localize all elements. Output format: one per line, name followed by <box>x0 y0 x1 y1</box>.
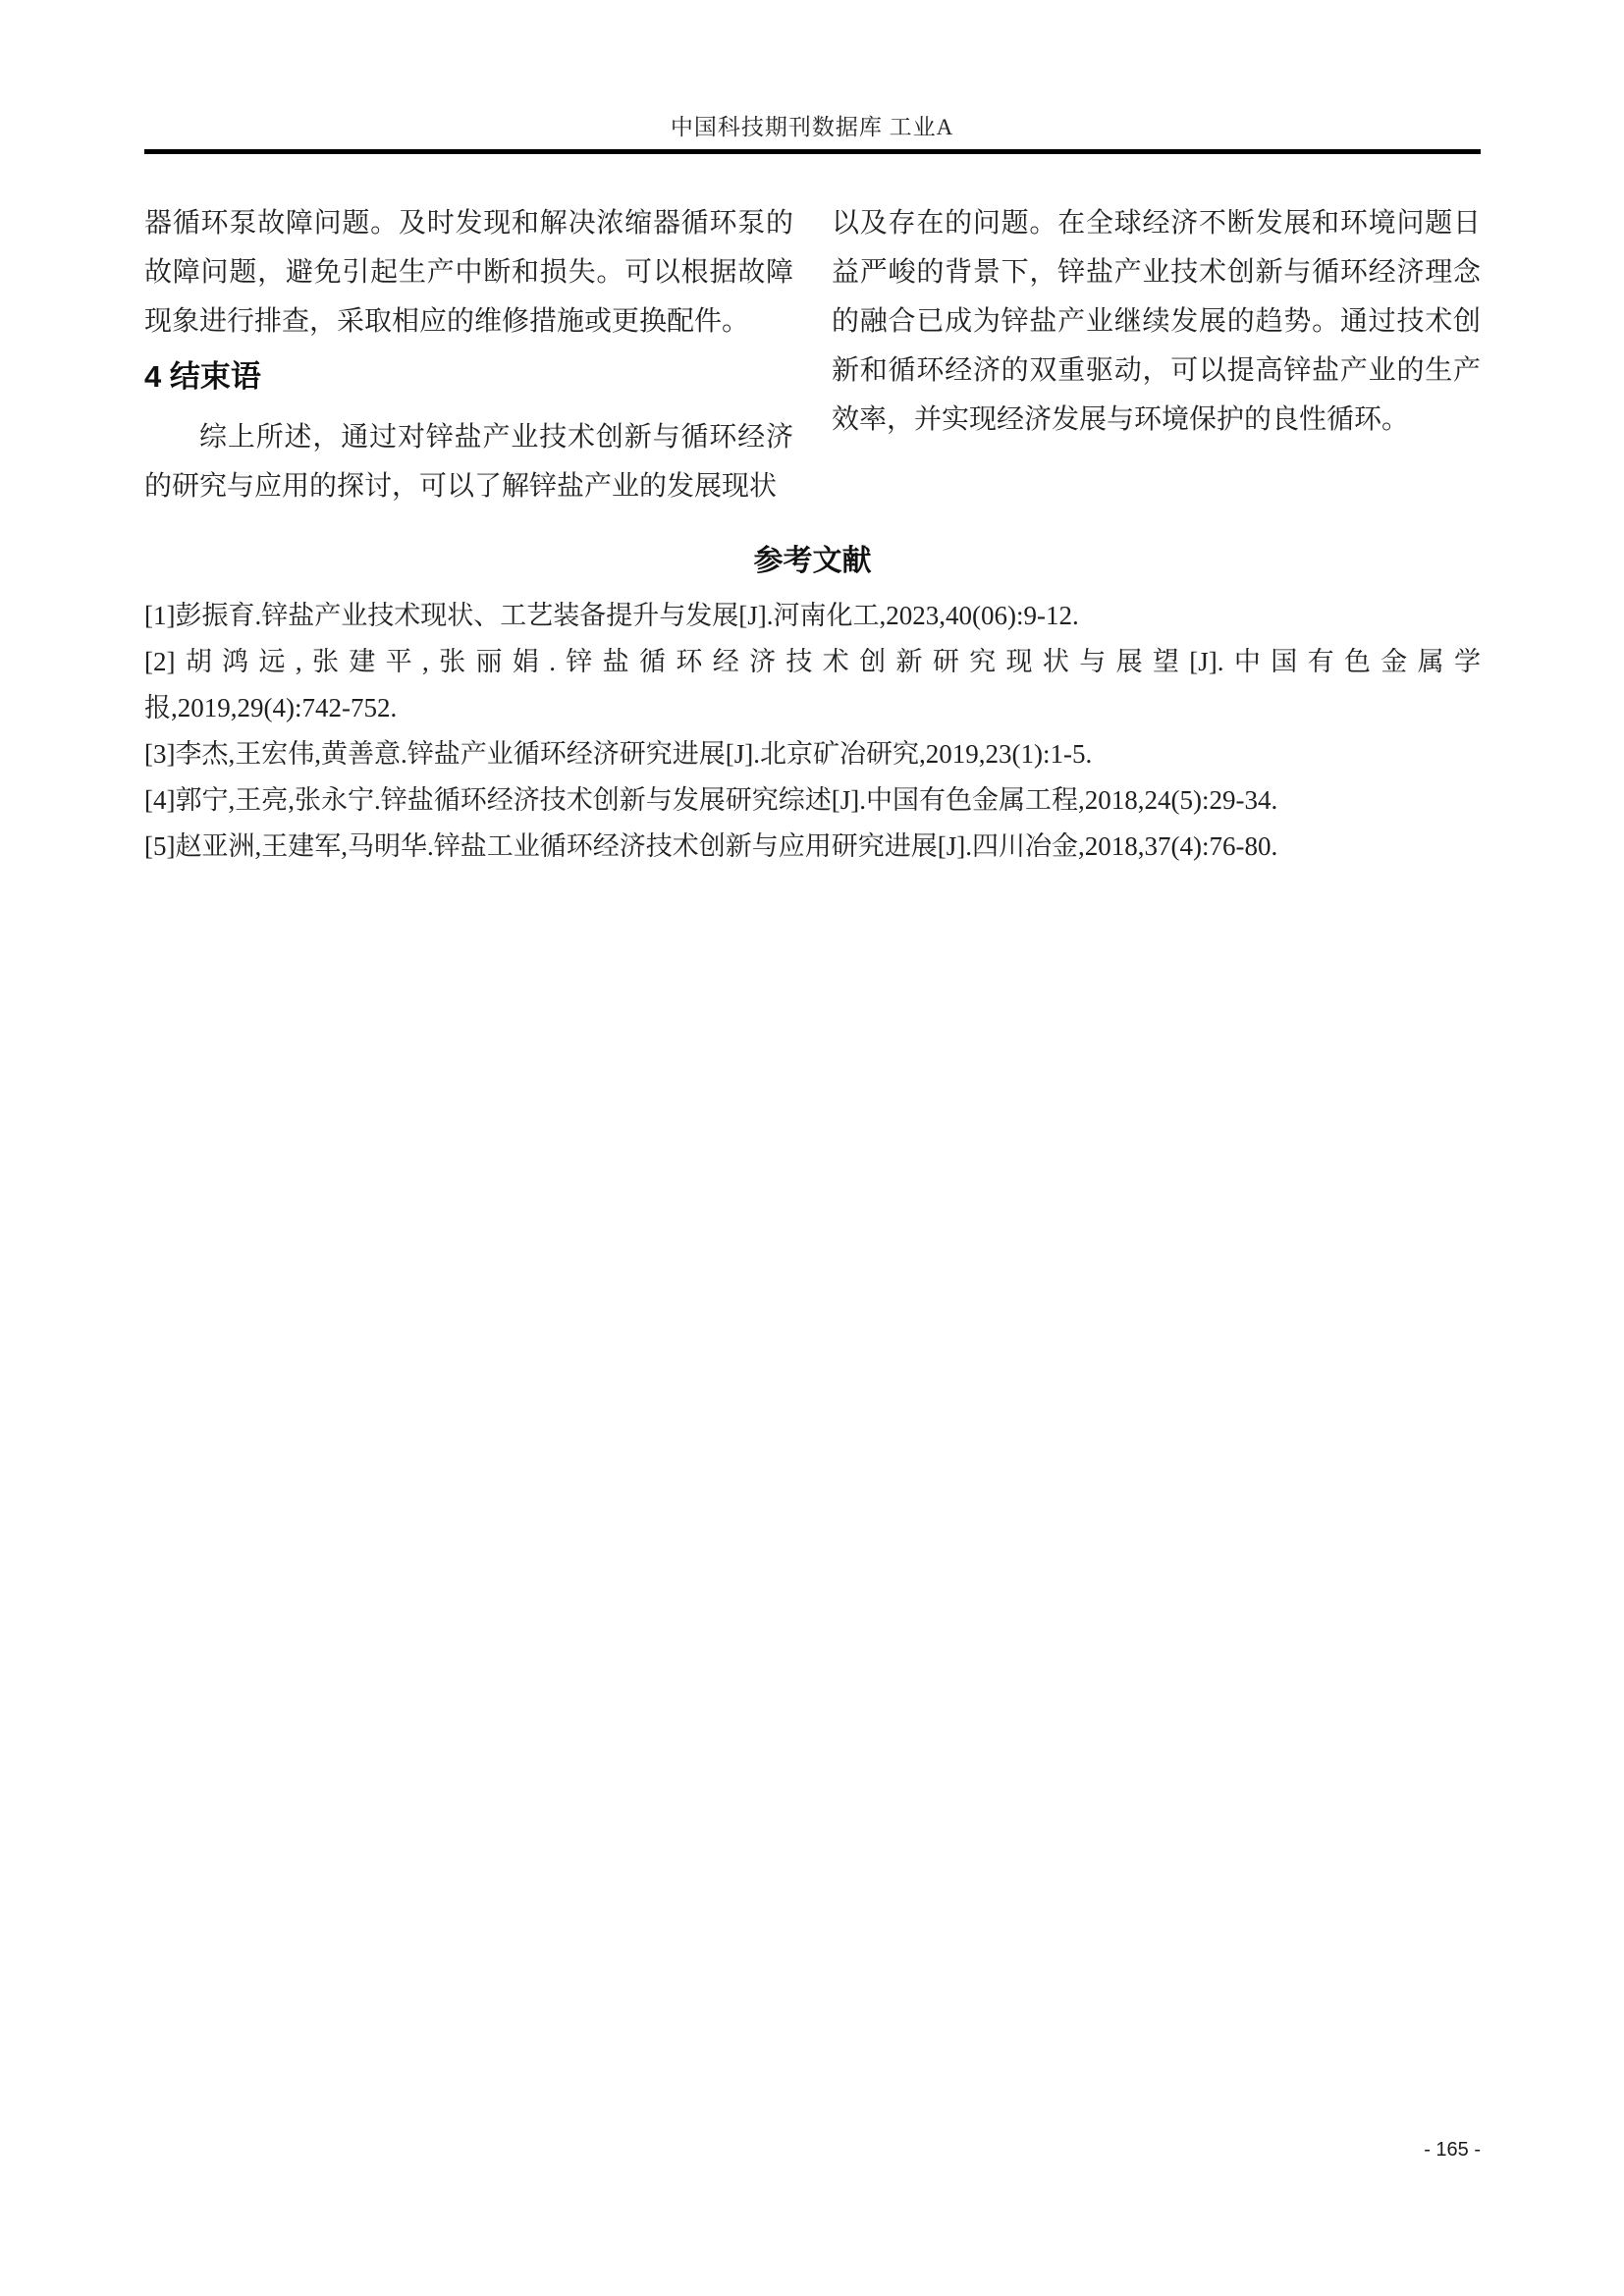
reference-item: [4]郭宁,王亮,张永宁.锌盐循环经济技术创新与发展研究综述[J].中国有色金属… <box>144 777 1481 824</box>
text-line: 器循环泵故障问题。及时发现和解决浓缩器循环泵的 <box>144 199 793 248</box>
paragraph: 器循环泵故障问题。及时发现和解决浓缩器循环泵的故障问题，避免引起生产中断和损失。… <box>144 199 793 347</box>
references-list: [1]彭振育.锌盐产业技术现状、工艺装备提升与发展[J].河南化工,2023,4… <box>144 593 1481 870</box>
reference-item: [2]胡鸿远,张建平,张丽娟.锌盐循环经济技术创新研究现状与展望[J].中国有色… <box>144 639 1481 731</box>
two-column-body: 器循环泵故障问题。及时发现和解决浓缩器循环泵的故障问题，避免引起生产中断和损失。… <box>144 199 1481 511</box>
header-divider-rule <box>144 149 1481 154</box>
reference-item: [5]赵亚洲,王建军,马明华.锌盐工业循环经济技术创新与应用研究进展[J].四川… <box>144 824 1481 870</box>
text-line: 综上所述，通过对锌盐产业技术创新与循环经济 <box>144 413 793 462</box>
text-line: 的融合已成为锌盐产业继续发展的趋势。通过技术创 <box>832 297 1481 347</box>
reference-line: [2]胡鸿远,张建平,张丽娟.锌盐循环经济技术创新研究现状与展望[J].中国有色… <box>144 639 1481 685</box>
paragraph: 综上所述，通过对锌盐产业技术创新与循环经济的研究与应用的探讨，可以了解锌盐产业的… <box>144 413 793 511</box>
references-heading: 参考文献 <box>144 542 1481 581</box>
reference-item: [3]李杰,王宏伟,黄善意.锌盐产业循环经济研究进展[J].北京矿冶研究,201… <box>144 731 1481 777</box>
journal-header: 中国科技期刊数据库 工业A <box>0 111 1624 144</box>
references-section: 参考文献 [1]彭振育.锌盐产业技术现状、工艺装备提升与发展[J].河南化工,2… <box>144 542 1481 870</box>
left-column: 器循环泵故障问题。及时发现和解决浓缩器循环泵的故障问题，避免引起生产中断和损失。… <box>144 199 793 511</box>
paragraph: 以及存在的问题。在全球经济不断发展和环境问题日益严峻的背景下，锌盐产业技术创新与… <box>832 199 1481 445</box>
text-line: 故障问题，避免引起生产中断和损失。可以根据故障 <box>144 248 793 297</box>
reference-line: [1]彭振育.锌盐产业技术现状、工艺装备提升与发展[J].河南化工,2023,4… <box>144 593 1481 639</box>
reference-line: [3]李杰,王宏伟,黄善意.锌盐产业循环经济研究进展[J].北京矿冶研究,201… <box>144 731 1481 777</box>
text-line: 现象进行排查，采取相应的维修措施或更换配件。 <box>144 297 793 347</box>
reference-line: [4]郭宁,王亮,张永宁.锌盐循环经济技术创新与发展研究综述[J].中国有色金属… <box>144 777 1481 824</box>
text-line: 以及存在的问题。在全球经济不断发展和环境问题日 <box>832 199 1481 248</box>
right-column: 以及存在的问题。在全球经济不断发展和环境问题日益严峻的背景下，锌盐产业技术创新与… <box>832 199 1481 511</box>
reference-line: [5]赵亚洲,王建军,马明华.锌盐工业循环经济技术创新与应用研究进展[J].四川… <box>144 824 1481 870</box>
reference-item: [1]彭振育.锌盐产业技术现状、工艺装备提升与发展[J].河南化工,2023,4… <box>144 593 1481 639</box>
reference-line: 报,2019,29(4):742-752. <box>144 685 1481 731</box>
section-heading-conclusion: 4 结束语 <box>144 354 793 400</box>
text-line: 效率，并实现经济发展与环境保护的良性循环。 <box>832 396 1481 445</box>
text-line: 的研究与应用的探讨，可以了解锌盐产业的发展现状 <box>144 462 793 511</box>
page-number: - 165 - <box>1424 2138 1481 2162</box>
document-page: 中国科技期刊数据库 工业A 器循环泵故障问题。及时发现和解决浓缩器循环泵的故障问… <box>0 0 1624 2296</box>
text-line: 新和循环经济的双重驱动，可以提高锌盐产业的生产 <box>832 347 1481 396</box>
text-line: 益严峻的背景下，锌盐产业技术创新与循环经济理念 <box>832 248 1481 297</box>
